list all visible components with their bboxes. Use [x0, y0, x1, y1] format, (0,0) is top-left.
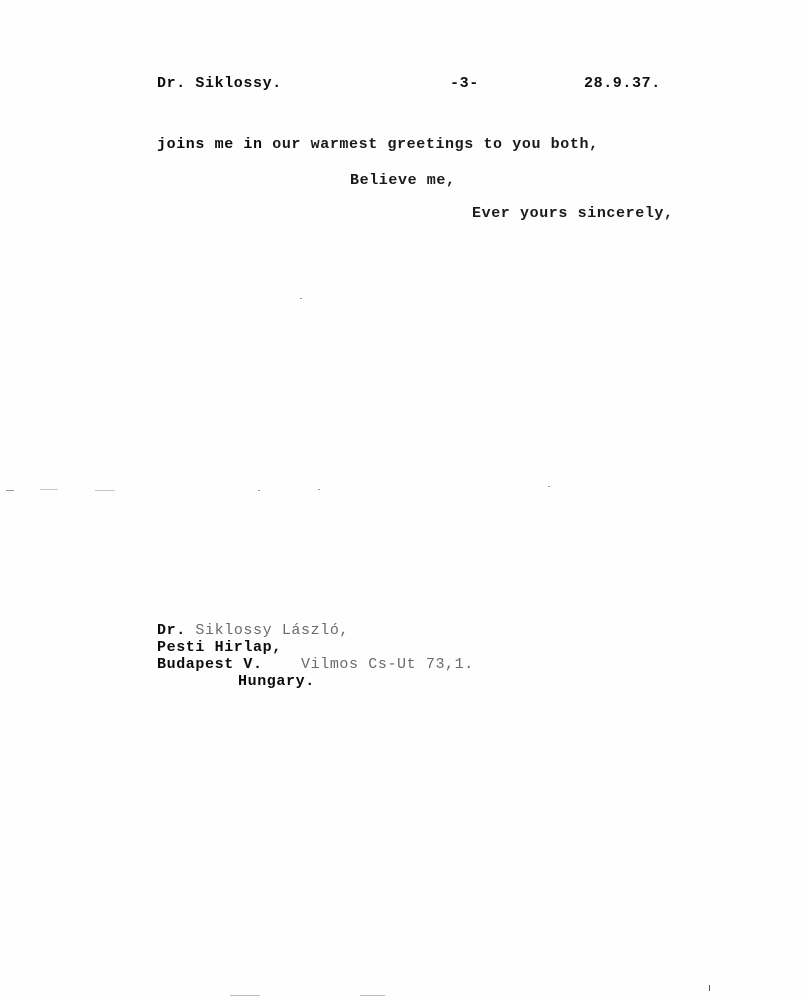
scan-speck [95, 490, 115, 491]
address-line-name: Dr. Siklossy László, [157, 622, 349, 639]
address-title: Dr. [157, 622, 186, 639]
closing-signoff: Ever yours sincerely, [472, 205, 674, 223]
scan-speck [360, 995, 385, 996]
closing-believe-me: Believe me, [350, 172, 456, 190]
header-recipient-name: Dr. Siklossy. [157, 75, 282, 93]
address-street: Vilmos Cs-Ut 73,1. [263, 656, 474, 673]
header-date: 28.9.37. [584, 75, 661, 93]
scan-speck [318, 489, 320, 490]
address-name: Siklossy László, [186, 622, 349, 639]
scan-speck [300, 298, 302, 299]
letter-page: Dr. Siklossy. -3- 28.9.37. joins me in o… [0, 0, 803, 1000]
address-city: Budapest V. [157, 656, 263, 673]
scan-speck [548, 486, 550, 487]
address-line-publication: Pesti Hirlap, [157, 639, 282, 656]
scan-speck [6, 490, 14, 491]
scan-speck [709, 985, 710, 991]
scan-speck [40, 489, 58, 490]
header-page-number: -3- [450, 75, 479, 93]
address-line-street: Budapest V. Vilmos Cs-Ut 73,1. [157, 656, 474, 673]
address-line-country: Hungary. [238, 673, 315, 690]
body-greeting-rest: our warmest greetings to you both, [263, 136, 599, 153]
scan-speck [230, 995, 260, 996]
body-greeting-strong: joins me in [157, 136, 263, 153]
scan-speck [258, 490, 260, 491]
body-greeting-line: joins me in our warmest greetings to you… [157, 136, 599, 154]
